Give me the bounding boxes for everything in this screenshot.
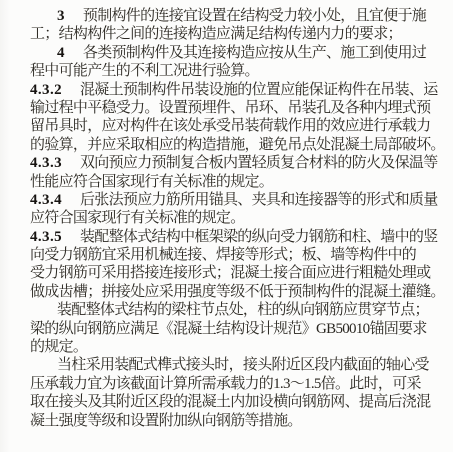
scan-gutter-shade (0, 0, 10, 452)
text-line: 工；结构构件之间的连接构造应满足结构传递内力的要求； (30, 25, 429, 43)
clause-number: 4 (57, 45, 65, 61)
text-line: 向受力钢筋宜采用机械连接、焊接等形式；板、墙等构件中的 (30, 246, 429, 264)
text-line: 4.3.2混凝土预制构件吊装设施的位置应能保证构件在吊装、运 (30, 81, 429, 99)
line-text: 的验算，并应采取相应的构造措施，避免吊点处混凝土局部破坏。 (30, 137, 445, 153)
line-text: 压承载力宜为该截面计算所需承载力的1.3～1.5倍。此时，可采 (30, 376, 421, 392)
line-text: 应符合国家现行有关标准的规定。 (30, 210, 245, 226)
text-line: 取在接头及其附近区段的混凝土内加设横向钢筋网、提高后浇混 (30, 393, 429, 411)
text-line: 梁的纵向钢筋应满足《混凝土结构设计规范》GB50010锚固要求 (30, 320, 429, 338)
clause-number: 3 (57, 8, 65, 24)
line-text: 各类预制构件及其连接构造应按从生产、施工到使用过 (83, 45, 426, 61)
text-line: 当柱采用装配式榫式接头时，接头附近区段内截面的轴心受 (30, 356, 429, 374)
text-line: 4各类预制构件及其连接构造应按从生产、施工到使用过 (30, 44, 429, 62)
text-line: 凝土强度等级和设置附加纵向钢筋等措施。 (30, 412, 429, 430)
clause-number: 4.3.5 (30, 229, 62, 245)
document-text-block: 3预制构件的连接宜设置在结构受力较小处，且宜便于施工；结构构件之间的连接构造应满… (30, 7, 429, 430)
clause-number: 4.3.4 (30, 192, 62, 208)
line-text: 双向预应力预制复合板内置轻质复合材料的防火及保温等 (80, 155, 438, 171)
text-line: 应符合国家现行有关标准的规定。 (30, 209, 429, 227)
line-text: 装配整体式结构的梁柱节点处，柱的纵向钢筋应贯穿节点； (57, 302, 429, 318)
line-text: 留吊具时，应对构件在该处承受吊装荷载作用的效应进行承载力 (30, 118, 430, 134)
clause-number: 4.3.2 (30, 82, 62, 98)
line-text: 取在接头及其附近区段的混凝土内加设横向钢筋网、提高后浇混 (30, 394, 430, 410)
scanned-document-page: 3预制构件的连接宜设置在结构受力较小处，且宜便于施工；结构构件之间的连接构造应满… (0, 0, 453, 452)
line-text: 装配整体式结构中框架梁的纵向受力钢筋和柱、墙中的竖 (80, 229, 438, 245)
text-line: 留吊具时，应对构件在该处承受吊装荷载作用的效应进行承载力 (30, 117, 429, 135)
line-text: 梁的纵向钢筋应满足《混凝土结构设计规范》GB50010锚固要求 (30, 321, 427, 337)
text-line: 的规定。 (30, 338, 429, 356)
line-text: 当柱采用装配式榫式接头时，接头附近区段内截面的轴心受 (57, 357, 429, 373)
line-text: 混凝土预制构件吊装设施的位置应能保证构件在吊装、运 (80, 82, 438, 98)
text-line: 4.3.4后张法预应力筋所用锚具、夹具和连接器等的形式和质量 (30, 191, 429, 209)
line-text: 工；结构构件之间的连接构造应满足结构传递内力的要求； (30, 26, 402, 42)
line-text: 预制构件的连接宜设置在结构受力较小处，且宜便于施 (83, 8, 426, 24)
line-text: 输过程中平稳受力。设置预埋件、吊环、吊装孔及各种内埋式预 (30, 100, 430, 116)
text-line: 受力钢筋可采用搭接连接形式；混凝土接合面应进行粗糙处理或 (30, 264, 429, 282)
text-line: 4.3.5装配整体式结构中框架梁的纵向受力钢筋和柱、墙中的竖 (30, 228, 429, 246)
line-text: 受力钢筋可采用搭接连接形式；混凝土接合面应进行粗糙处理或 (30, 265, 430, 281)
line-text: 程中可能产生的不利工况进行验算。 (30, 63, 259, 79)
text-line: 压承载力宜为该截面计算所需承载力的1.3～1.5倍。此时，可采 (30, 375, 429, 393)
text-line: 装配整体式结构的梁柱节点处，柱的纵向钢筋应贯穿节点； (30, 301, 429, 319)
text-line: 性能应符合国家现行有关标准的规定。 (30, 173, 429, 191)
line-text: 凝土强度等级和设置附加纵向钢筋等措施。 (30, 413, 302, 429)
text-line: 程中可能产生的不利工况进行验算。 (30, 62, 429, 80)
clause-number: 4.3.3 (30, 155, 62, 171)
line-text: 的规定。 (30, 339, 87, 355)
line-text: 做成齿槽；拼接处应采用强度等级不低于预制构件的混凝土灌缝。 (30, 284, 445, 300)
text-line: 的验算，并应采取相应的构造措施，避免吊点处混凝土局部破坏。 (30, 136, 429, 154)
text-line: 输过程中平稳受力。设置预埋件、吊环、吊装孔及各种内埋式预 (30, 99, 429, 117)
text-line: 4.3.3双向预应力预制复合板内置轻质复合材料的防火及保温等 (30, 154, 429, 172)
line-text: 后张法预应力筋所用锚具、夹具和连接器等的形式和质量 (80, 192, 438, 208)
text-line: 做成齿槽；拼接处应采用强度等级不低于预制构件的混凝土灌缝。 (30, 283, 429, 301)
text-line: 3预制构件的连接宜设置在结构受力较小处，且宜便于施 (30, 7, 429, 25)
line-text: 性能应符合国家现行有关标准的规定。 (30, 174, 273, 190)
line-text: 向受力钢筋宜采用机械连接、焊接等形式；板、墙等构件中的 (30, 247, 416, 263)
